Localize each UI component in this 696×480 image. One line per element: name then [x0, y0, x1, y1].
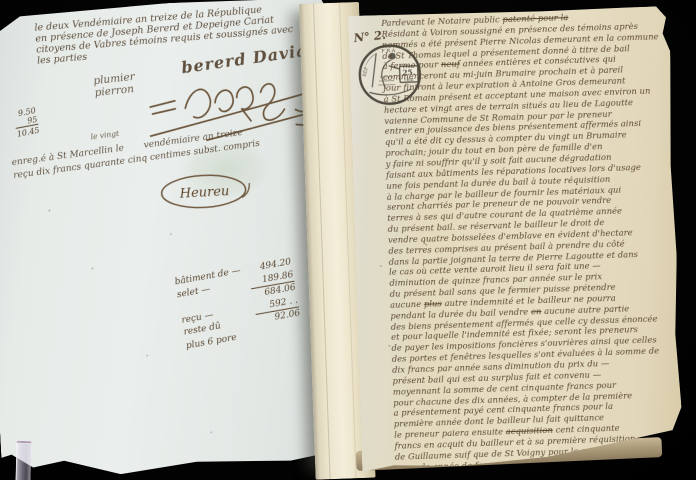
document-holder-clip	[15, 441, 31, 480]
svg-text:Heureu: Heureu	[178, 184, 229, 202]
signature-witnesses: plumier pierron	[93, 71, 137, 99]
spine-crease	[313, 3, 331, 479]
archival-photo-scene: le deux Vendémiaire an treize de la Répu…	[0, 0, 696, 480]
right-page: N° 2. 25. cent FRA RÉP Pardevant le Nota…	[348, 6, 683, 472]
left-page: le deux Vendémiaire an treize de la Répu…	[0, 0, 350, 480]
margin-duty-figures: 9.509510.45	[1, 106, 40, 141]
paper-speckles	[48, 209, 50, 211]
deed-body-text: Pardevant le Notaire public patenté pour…	[381, 9, 681, 473]
registration-insert: le vingt	[90, 129, 119, 142]
accounting-block: bâtiment de —494.20 selet —189.86 684.06…	[174, 256, 304, 352]
registrar-oval-signature: Heureu	[155, 167, 253, 216]
